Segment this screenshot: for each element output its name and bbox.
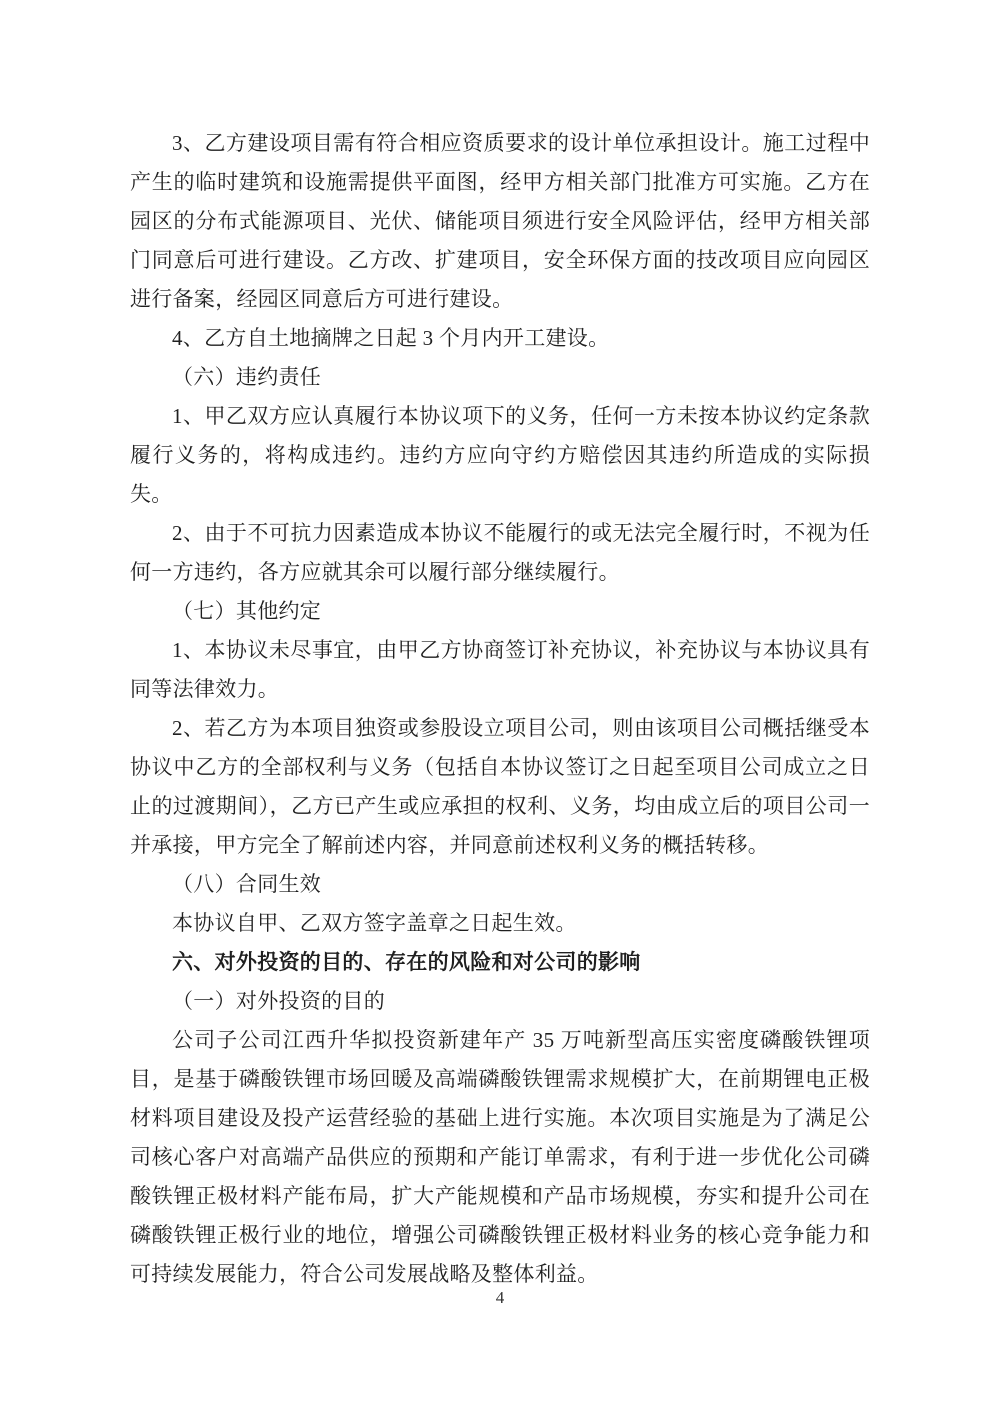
paragraph: 公司子公司江西升华拟投资新建年产 35 万吨新型高压实密度磷酸铁锂项目，是基于磷…	[130, 1021, 870, 1294]
paragraph: 2、若乙方为本项目独资或参股设立项目公司，则由该项目公司概括继受本协议中乙方的全…	[130, 709, 870, 865]
section-heading: 六、对外投资的目的、存在的风险和对公司的影响	[130, 943, 870, 982]
paragraph: 1、甲乙双方应认真履行本协议项下的义务，任何一方未按本协议约定条款履行义务的，将…	[130, 397, 870, 514]
document-page: 3、乙方建设项目需有符合相应资质要求的设计单位承担设计。施工过程中产生的临时建筑…	[0, 0, 1000, 1414]
page-number: 4	[0, 1288, 1000, 1308]
paragraph: 1、本协议未尽事宜，由甲乙方协商签订补充协议，补充协议与本协议具有同等法律效力。	[130, 631, 870, 709]
paragraph: （七）其他约定	[130, 592, 870, 631]
paragraph: 本协议自甲、乙双方签字盖章之日起生效。	[130, 904, 870, 943]
paragraph: 3、乙方建设项目需有符合相应资质要求的设计单位承担设计。施工过程中产生的临时建筑…	[130, 124, 870, 319]
paragraph: （一）对外投资的目的	[130, 982, 870, 1021]
paragraph: 4、乙方自土地摘牌之日起 3 个月内开工建设。	[130, 319, 870, 358]
paragraph: （六）违约责任	[130, 358, 870, 397]
paragraph: （八）合同生效	[130, 865, 870, 904]
document-body: 3、乙方建设项目需有符合相应资质要求的设计单位承担设计。施工过程中产生的临时建筑…	[130, 124, 870, 1294]
paragraph: 2、由于不可抗力因素造成本协议不能履行的或无法完全履行时，不视为任何一方违约，各…	[130, 514, 870, 592]
